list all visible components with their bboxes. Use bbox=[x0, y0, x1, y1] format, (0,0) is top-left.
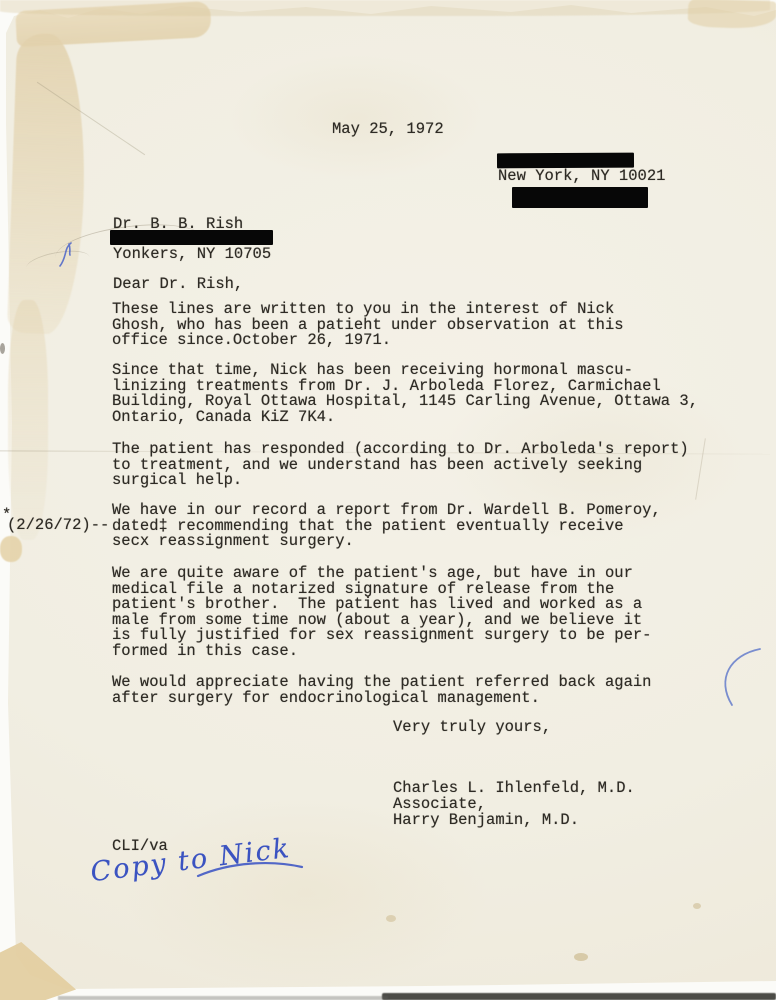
redaction-bar-sender-line3 bbox=[512, 187, 648, 208]
body-paragraph-1: These lines are written to you in the in… bbox=[112, 302, 624, 349]
scan-edge-shadow bbox=[58, 996, 388, 1000]
margin-date-annotation: (2/26/72)-- bbox=[7, 518, 109, 534]
body-paragraph-2: Since that time, Nick has been receiving… bbox=[112, 363, 698, 425]
signature-practice: Harry Benjamin, M.D. bbox=[393, 813, 579, 829]
body-paragraph-3: The patient has responded (according to … bbox=[112, 442, 689, 489]
letter-date: May 25, 1972 bbox=[332, 122, 444, 138]
body-paragraph-6: We would appreciate having the patient r… bbox=[112, 675, 652, 706]
redaction-bar-sender-line1 bbox=[497, 153, 634, 169]
body-paragraph-4: We have in our record a report from Dr. … bbox=[112, 503, 661, 550]
redaction-bar-recipient-street bbox=[110, 230, 273, 245]
scan-edge-shadow bbox=[382, 993, 776, 1000]
recipient-city-line: Yonkers, NY 10705 bbox=[113, 247, 271, 263]
salutation: Dear Dr. Rish, bbox=[113, 277, 243, 293]
paper-speck bbox=[0, 343, 5, 354]
scanned-letter-page: May 25, 1972 New York, NY 10021 Dr. B. B… bbox=[0, 0, 776, 1000]
sender-city-line: New York, NY 10021 bbox=[498, 169, 665, 185]
complimentary-closing: Very truly yours, bbox=[393, 720, 551, 736]
body-paragraph-5: We are quite aware of the patient's age,… bbox=[112, 566, 652, 659]
